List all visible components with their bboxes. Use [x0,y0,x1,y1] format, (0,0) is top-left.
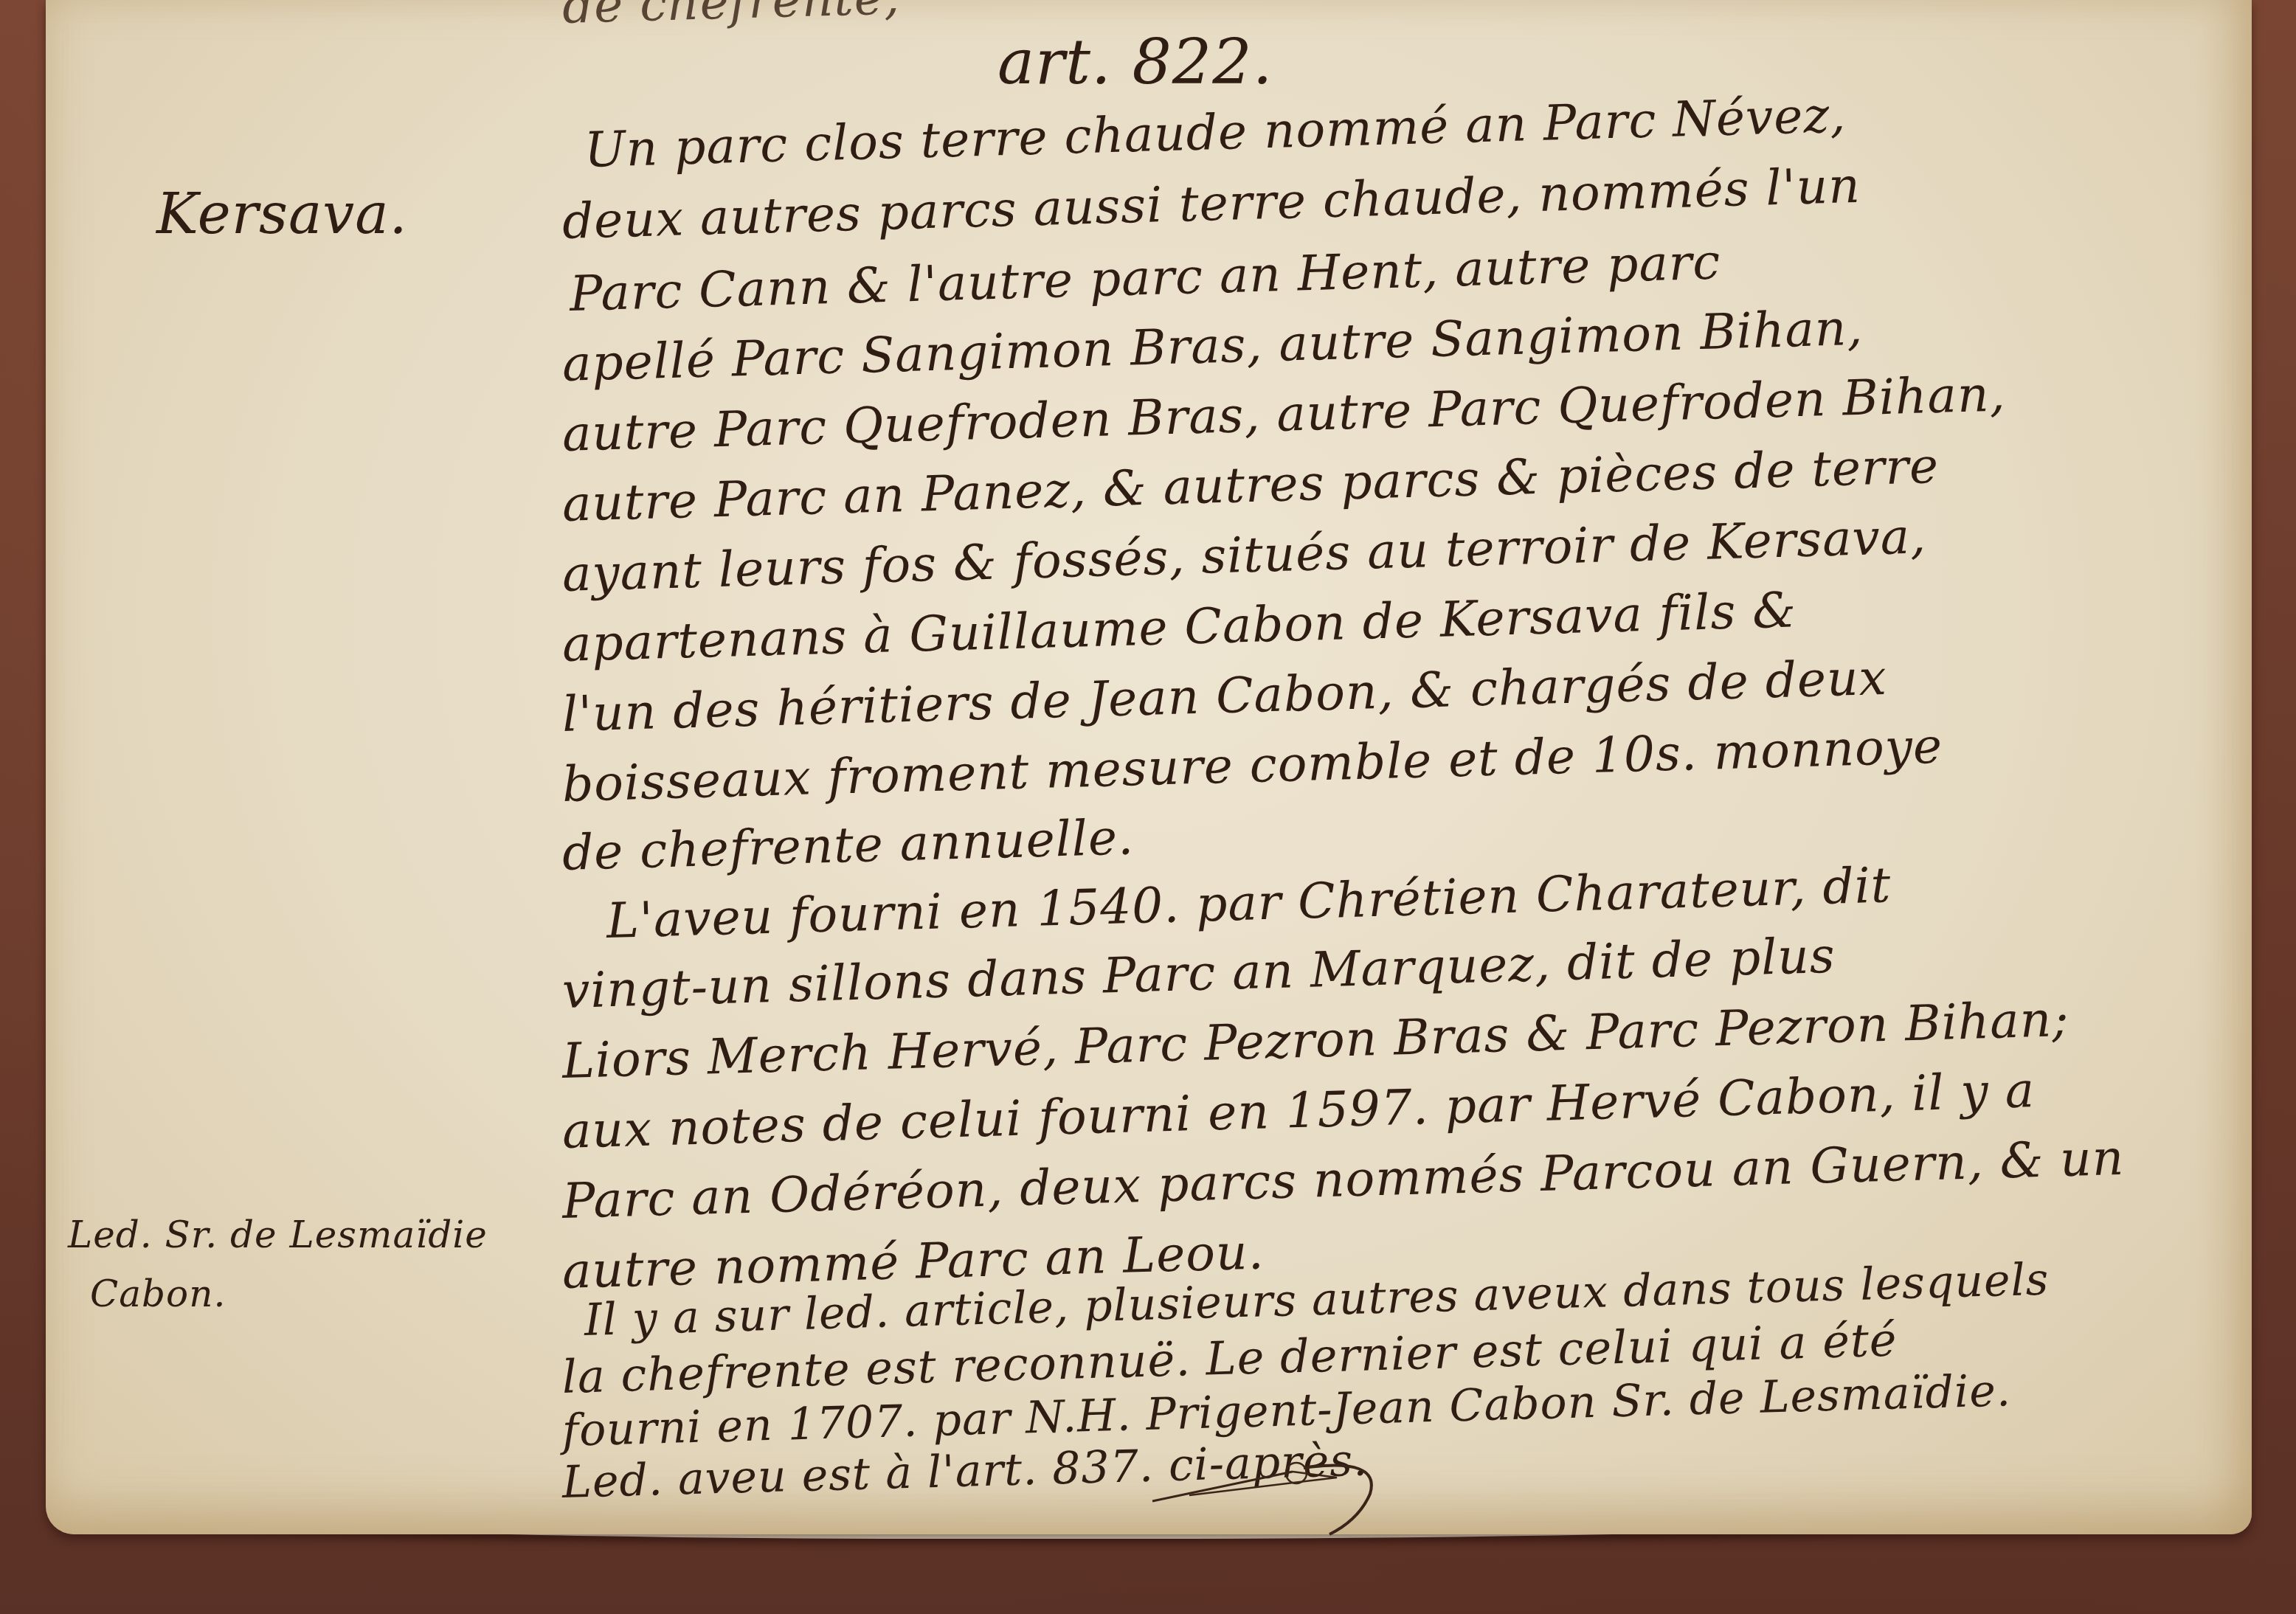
article-heading: art. 822. [997,26,1273,98]
cutoff-top-line: de chefrente, [561,0,901,35]
margin-note-lesmaidie-line1: Led. Sr. de Lesmaïdie [68,1213,488,1256]
body-line-11: de chefrente annuelle. [561,808,1135,882]
margin-note-lesmaidie-line2: Cabon. [90,1272,226,1315]
margin-note-kersava: Kersava. [156,181,408,246]
manuscript-page: de chefrente, art. 822. Kersava. Led. Sr… [46,0,2252,1534]
paraph-signature-icon [1145,1457,1389,1538]
